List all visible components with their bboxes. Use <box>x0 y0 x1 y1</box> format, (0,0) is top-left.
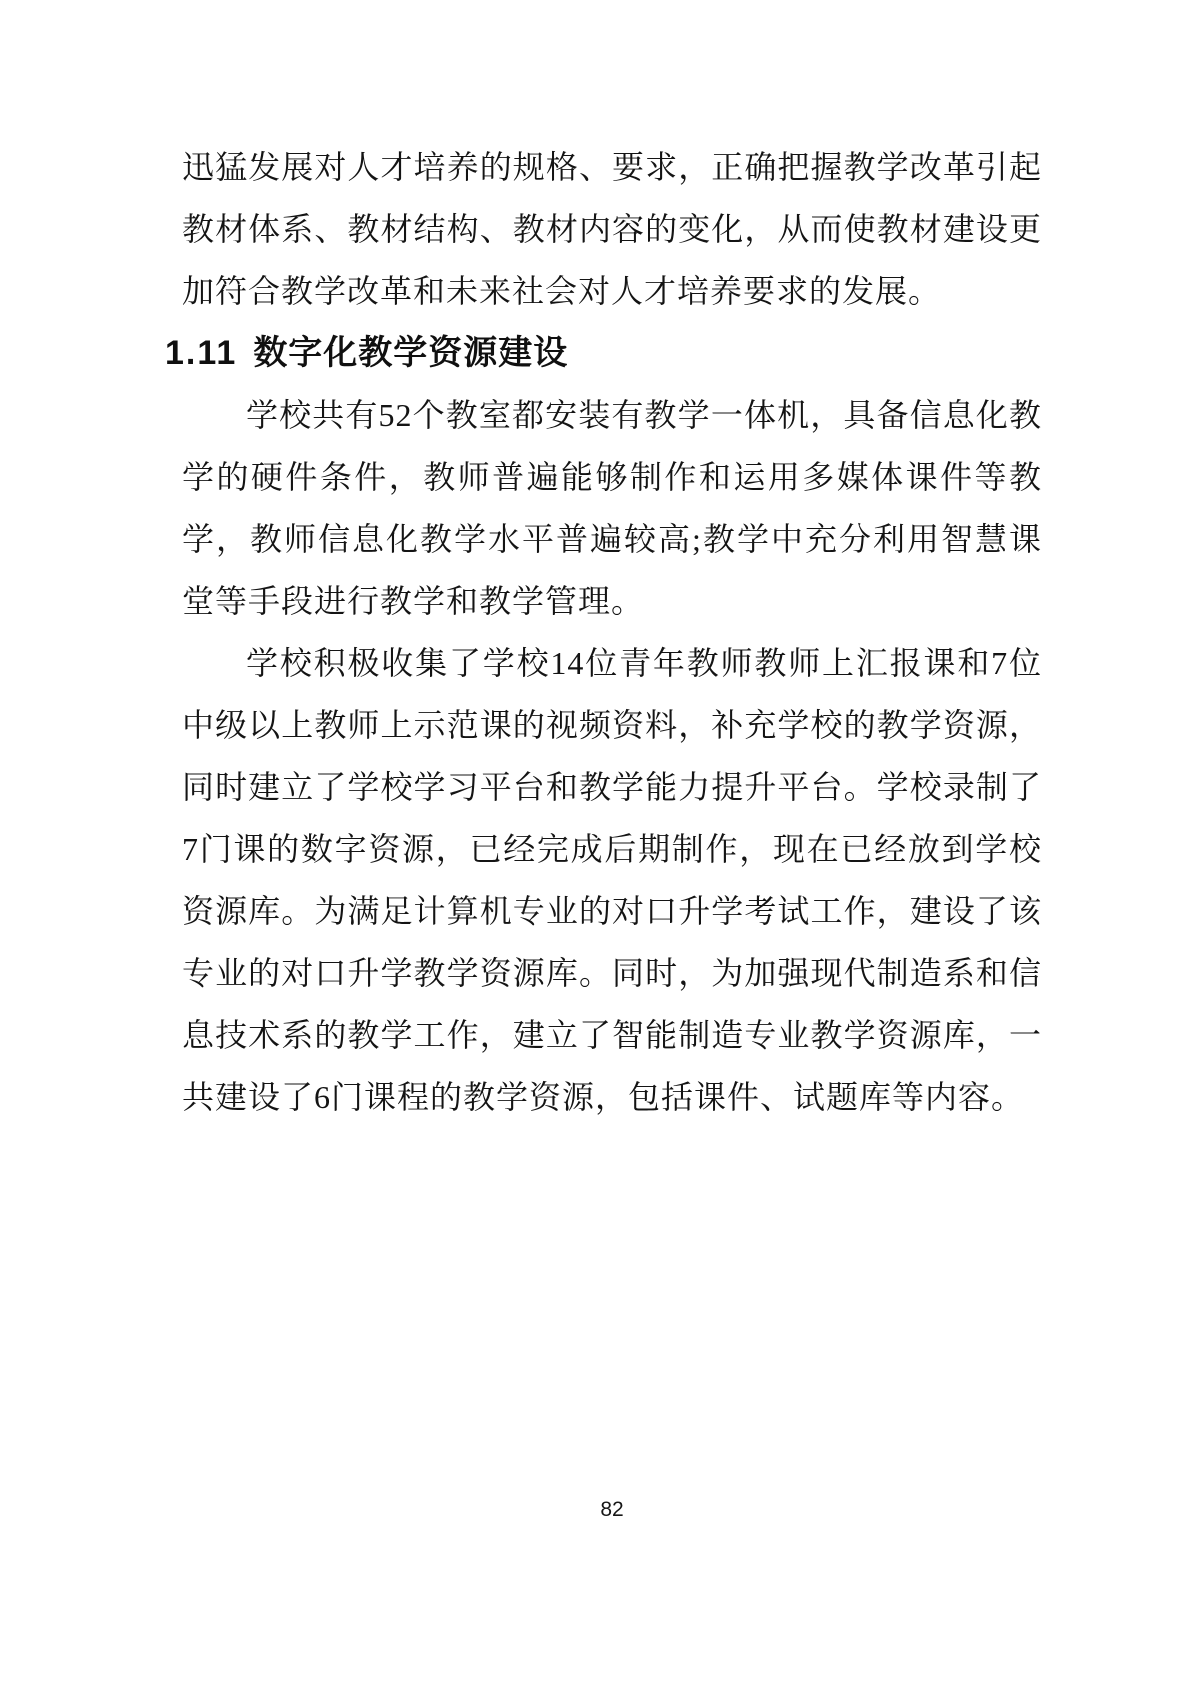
document-page: { "page": { "number": "82", "background_… <box>0 0 1191 1684</box>
heading-title: 数字化教学资源建设 <box>253 334 568 372</box>
section-heading: 1.11数字化教学资源建设 <box>165 322 1042 384</box>
paragraph-continuation: 迅猛发展对人才培养的规格、要求，正确把握教学改革引起教材体系、教材结构、教材内容… <box>182 136 1042 322</box>
page: 迅猛发展对人才培养的规格、要求，正确把握教学改革引起教材体系、教材结构、教材内容… <box>0 0 1191 1684</box>
paragraph-hardware-conditions: 学校共有52个教室都安装有教学一体机，具备信息化教学的硬件条件，教师普遍能够制作… <box>182 384 1042 632</box>
paragraph-resource-library: 学校积极收集了学校14位青年教师教师上汇报课和7位中级以上教师上示范课的视频资料… <box>182 632 1042 1128</box>
heading-number: 1.11 <box>165 334 237 372</box>
page-number: 82 <box>182 1498 1042 1522</box>
page-content: 迅猛发展对人才培养的规格、要求，正确把握教学改革引起教材体系、教材结构、教材内容… <box>182 136 1042 1128</box>
